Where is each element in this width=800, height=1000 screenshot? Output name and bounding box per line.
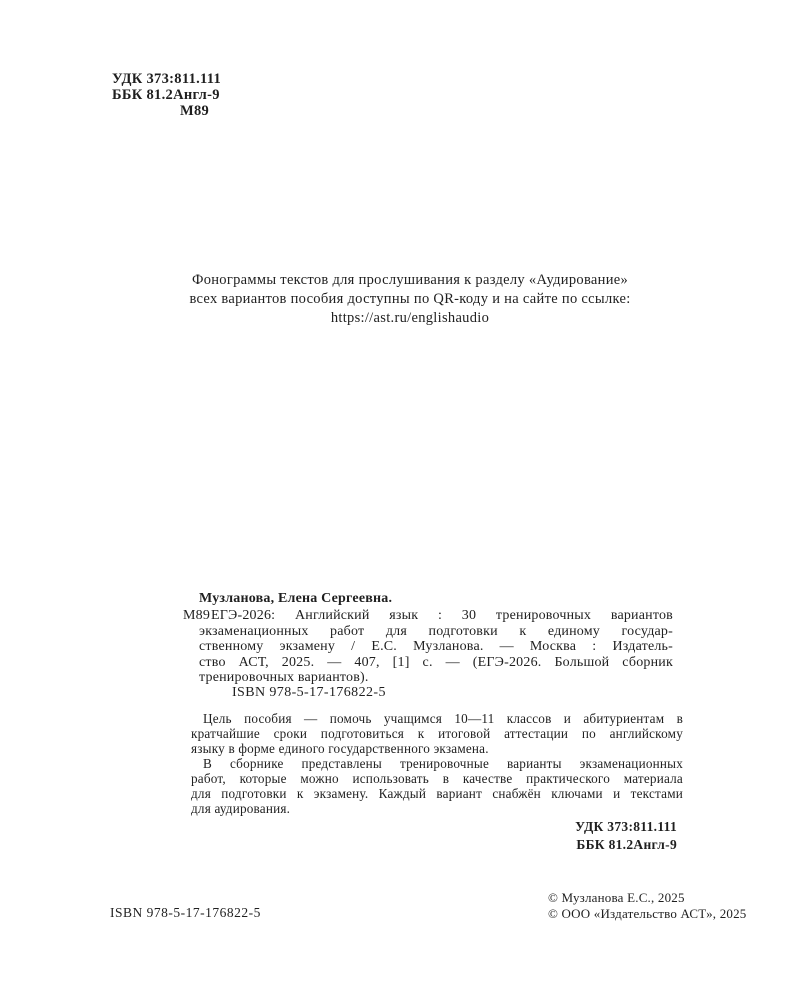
copyright-line: © ООО «Издательство АСТ», 2025: [548, 906, 747, 922]
author-sign-code: М89: [112, 103, 221, 119]
bibliographic-description-line: экзаменационных работ для подготовки к е…: [199, 624, 673, 639]
annotation-line: Цель пособия — помочь учащимся 10—11 кла…: [191, 711, 683, 726]
annotation-line: языку в форме единого государственного э…: [191, 741, 683, 756]
margin-author-sign: М89: [183, 608, 210, 623]
bibliographic-description-line: тренировочных вариантов).: [199, 670, 673, 685]
copyright-line: © Музланова Е.С., 2025: [548, 890, 747, 906]
audio-url: https://ast.ru/englishaudio: [60, 309, 760, 328]
bbk-code: ББК 81.2Англ-9: [112, 87, 221, 103]
bibliographic-description-line: ственному экзамену / Е.С. Музланова. — М…: [199, 639, 673, 654]
bibliographic-description-line: ство АСТ, 2025. — 407, [1] с. — (ЕГЭ-202…: [199, 655, 673, 670]
annotation-line: В сборнике представлены тренировочные ва…: [191, 756, 683, 771]
bottom-classification-codes: УДК 373:811.111 ББК 81.2Англ-9: [191, 818, 677, 854]
bibliographic-description-line: ЕГЭ-2026: Английский язык : 30 тренирово…: [199, 608, 673, 623]
catalog-card: Музланова, Елена Сергеевна. М89 ЕГЭ-2026…: [199, 591, 673, 685]
copyright-block: © Музланова Е.С., 2025 © ООО «Издательст…: [548, 890, 747, 921]
annotation-line: кратчайшие сроки подготовиться к итогово…: [191, 726, 683, 741]
footer-isbn-number: ISBN 978-5-17-176822-5: [110, 905, 261, 921]
top-classification-codes: УДК 373:811.111 ББК 81.2Англ-9 М89: [112, 71, 221, 119]
audio-notice-line: всех вариантов пособия доступны по QR-ко…: [60, 290, 760, 309]
bbk-code: ББК 81.2Англ-9: [191, 836, 677, 854]
audio-notice: Фонограммы текстов для прослушивания к р…: [60, 271, 760, 328]
annotation-line: для аудирования.: [191, 801, 683, 816]
annotation-line: работ, которые можно использовать в каче…: [191, 771, 683, 786]
udk-code: УДК 373:811.111: [191, 818, 677, 836]
udk-code: УДК 373:811.111: [112, 71, 221, 87]
author-line: Музланова, Елена Сергеевна.: [199, 591, 673, 606]
isbn-number: ISBN 978-5-17-176822-5: [232, 685, 386, 701]
annotation-line: для подготовки к экзамену. Каждый вариан…: [191, 786, 683, 801]
audio-notice-line: Фонограммы текстов для прослушивания к р…: [60, 271, 760, 290]
annotation: Цель пособия — помочь учащимся 10—11 кла…: [191, 711, 683, 816]
